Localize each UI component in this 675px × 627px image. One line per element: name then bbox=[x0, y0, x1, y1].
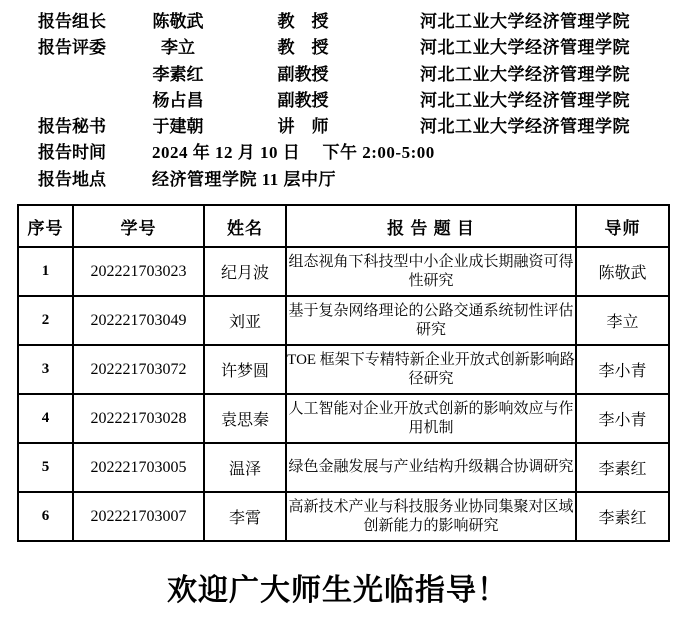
cell-no: 2 bbox=[18, 296, 73, 345]
report-info-panel: 报告组长 陈敬武 教 授 河北工业大学经济管理学院 报告评委 李立 教 授 河北… bbox=[0, 0, 675, 193]
person-title: 讲 师 bbox=[268, 114, 338, 140]
person-name: 李素红 bbox=[148, 62, 208, 88]
schedule-table: 序号 学号 姓名 报 告 题 目 导师 1 202221703023 纪月波 组… bbox=[17, 204, 670, 542]
cell-topic: 组态视角下科技型中小企业成长期融资可得性研究 bbox=[286, 247, 576, 296]
cell-advisor: 李小青 bbox=[576, 394, 669, 443]
cell-topic: TOE 框架下专精特新企业开放式创新影响路径研究 bbox=[286, 345, 576, 394]
cell-name: 温泽 bbox=[204, 443, 286, 492]
cell-topic: 基于复杂网络理论的公路交通系统韧性评估研究 bbox=[286, 296, 576, 345]
cell-no: 3 bbox=[18, 345, 73, 394]
info-line-leader: 报告组长 陈敬武 教 授 河北工业大学经济管理学院 bbox=[38, 9, 675, 35]
info-label: 报告组长 bbox=[38, 9, 148, 35]
cell-advisor: 李立 bbox=[576, 296, 669, 345]
table-header-row: 序号 学号 姓名 报 告 题 目 导师 bbox=[18, 205, 669, 247]
cell-student-id: 202221703005 bbox=[73, 443, 204, 492]
info-label: 报告地点 bbox=[38, 167, 148, 193]
cell-student-id: 202221703023 bbox=[73, 247, 204, 296]
table-row: 6 202221703007 李霄 高新技术产业与科技服务业协同集聚对区域创新能… bbox=[18, 492, 669, 541]
person-name: 陈敬武 bbox=[148, 9, 208, 35]
cell-student-id: 202221703028 bbox=[73, 394, 204, 443]
cell-topic: 人工智能对企业开放式创新的影响效应与作用机制 bbox=[286, 394, 576, 443]
info-line-judge: 李素红 副教授 河北工业大学经济管理学院 bbox=[38, 62, 675, 88]
info-line-location: 报告地点 经济管理学院 11 层中厅 bbox=[38, 167, 675, 193]
info-label: 报告秘书 bbox=[38, 114, 148, 140]
person-title: 副教授 bbox=[268, 88, 338, 114]
info-line-judge: 报告评委 李立 教 授 河北工业大学经济管理学院 bbox=[38, 35, 675, 61]
info-label bbox=[38, 88, 148, 114]
cell-name: 袁思秦 bbox=[204, 394, 286, 443]
cell-student-id: 202221703007 bbox=[73, 492, 204, 541]
info-line-secretary: 报告秘书 于建朝 讲 师 河北工业大学经济管理学院 bbox=[38, 114, 675, 140]
cell-topic: 高新技术产业与科技服务业协同集聚对区域创新能力的影响研究 bbox=[286, 492, 576, 541]
info-label: 报告评委 bbox=[38, 35, 148, 61]
person-affiliation: 河北工业大学经济管理学院 bbox=[420, 114, 630, 140]
person-title: 教 授 bbox=[268, 9, 338, 35]
person-affiliation: 河北工业大学经济管理学院 bbox=[420, 9, 630, 35]
table-row: 3 202221703072 许梦圆 TOE 框架下专精特新企业开放式创新影响路… bbox=[18, 345, 669, 394]
person-title: 副教授 bbox=[268, 62, 338, 88]
person-name: 李立 bbox=[148, 35, 208, 61]
table-row: 1 202221703023 纪月波 组态视角下科技型中小企业成长期融资可得性研… bbox=[18, 247, 669, 296]
table-row: 2 202221703049 刘亚 基于复杂网络理论的公路交通系统韧性评估研究 … bbox=[18, 296, 669, 345]
col-header-topic: 报 告 题 目 bbox=[286, 205, 576, 247]
person-title: 教 授 bbox=[268, 35, 338, 61]
cell-name: 许梦圆 bbox=[204, 345, 286, 394]
cell-advisor: 李素红 bbox=[576, 492, 669, 541]
cell-name: 刘亚 bbox=[204, 296, 286, 345]
cell-no: 1 bbox=[18, 247, 73, 296]
col-header-name: 姓名 bbox=[204, 205, 286, 247]
cell-topic: 绿色金融发展与产业结构升级耦合协调研究 bbox=[286, 443, 576, 492]
report-time-value: 2024 年 12 月 10 日 下午 2:00-5:00 bbox=[152, 140, 435, 166]
person-affiliation: 河北工业大学经济管理学院 bbox=[420, 88, 630, 114]
cell-no: 5 bbox=[18, 443, 73, 492]
person-affiliation: 河北工业大学经济管理学院 bbox=[420, 35, 630, 61]
info-line-time: 报告时间 2024 年 12 月 10 日 下午 2:00-5:00 bbox=[38, 140, 675, 166]
welcome-message: 欢迎广大师生光临指导！ bbox=[0, 565, 675, 609]
info-line-judge: 杨占昌 副教授 河北工业大学经济管理学院 bbox=[38, 88, 675, 114]
cell-name: 纪月波 bbox=[204, 247, 286, 296]
col-header-no: 序号 bbox=[18, 205, 73, 247]
page: { "panel": { "committee": [ {"label": "报… bbox=[0, 0, 675, 627]
col-header-advisor: 导师 bbox=[576, 205, 669, 247]
person-name: 杨占昌 bbox=[148, 88, 208, 114]
cell-advisor: 陈敬武 bbox=[576, 247, 669, 296]
info-label: 报告时间 bbox=[38, 140, 148, 166]
person-name: 于建朝 bbox=[148, 114, 208, 140]
cell-advisor: 李素红 bbox=[576, 443, 669, 492]
document-root: 报告组长 陈敬武 教 授 河北工业大学经济管理学院 报告评委 李立 教 授 河北… bbox=[0, 0, 675, 627]
cell-student-id: 202221703072 bbox=[73, 345, 204, 394]
cell-advisor: 李小青 bbox=[576, 345, 669, 394]
col-header-student-id: 学号 bbox=[73, 205, 204, 247]
person-affiliation: 河北工业大学经济管理学院 bbox=[420, 62, 630, 88]
report-location-value: 经济管理学院 11 层中厅 bbox=[152, 167, 336, 193]
cell-student-id: 202221703049 bbox=[73, 296, 204, 345]
table-row: 5 202221703005 温泽 绿色金融发展与产业结构升级耦合协调研究 李素… bbox=[18, 443, 669, 492]
info-label bbox=[38, 62, 148, 88]
table-row: 4 202221703028 袁思秦 人工智能对企业开放式创新的影响效应与作用机… bbox=[18, 394, 669, 443]
cell-no: 6 bbox=[18, 492, 73, 541]
cell-no: 4 bbox=[18, 394, 73, 443]
cell-name: 李霄 bbox=[204, 492, 286, 541]
